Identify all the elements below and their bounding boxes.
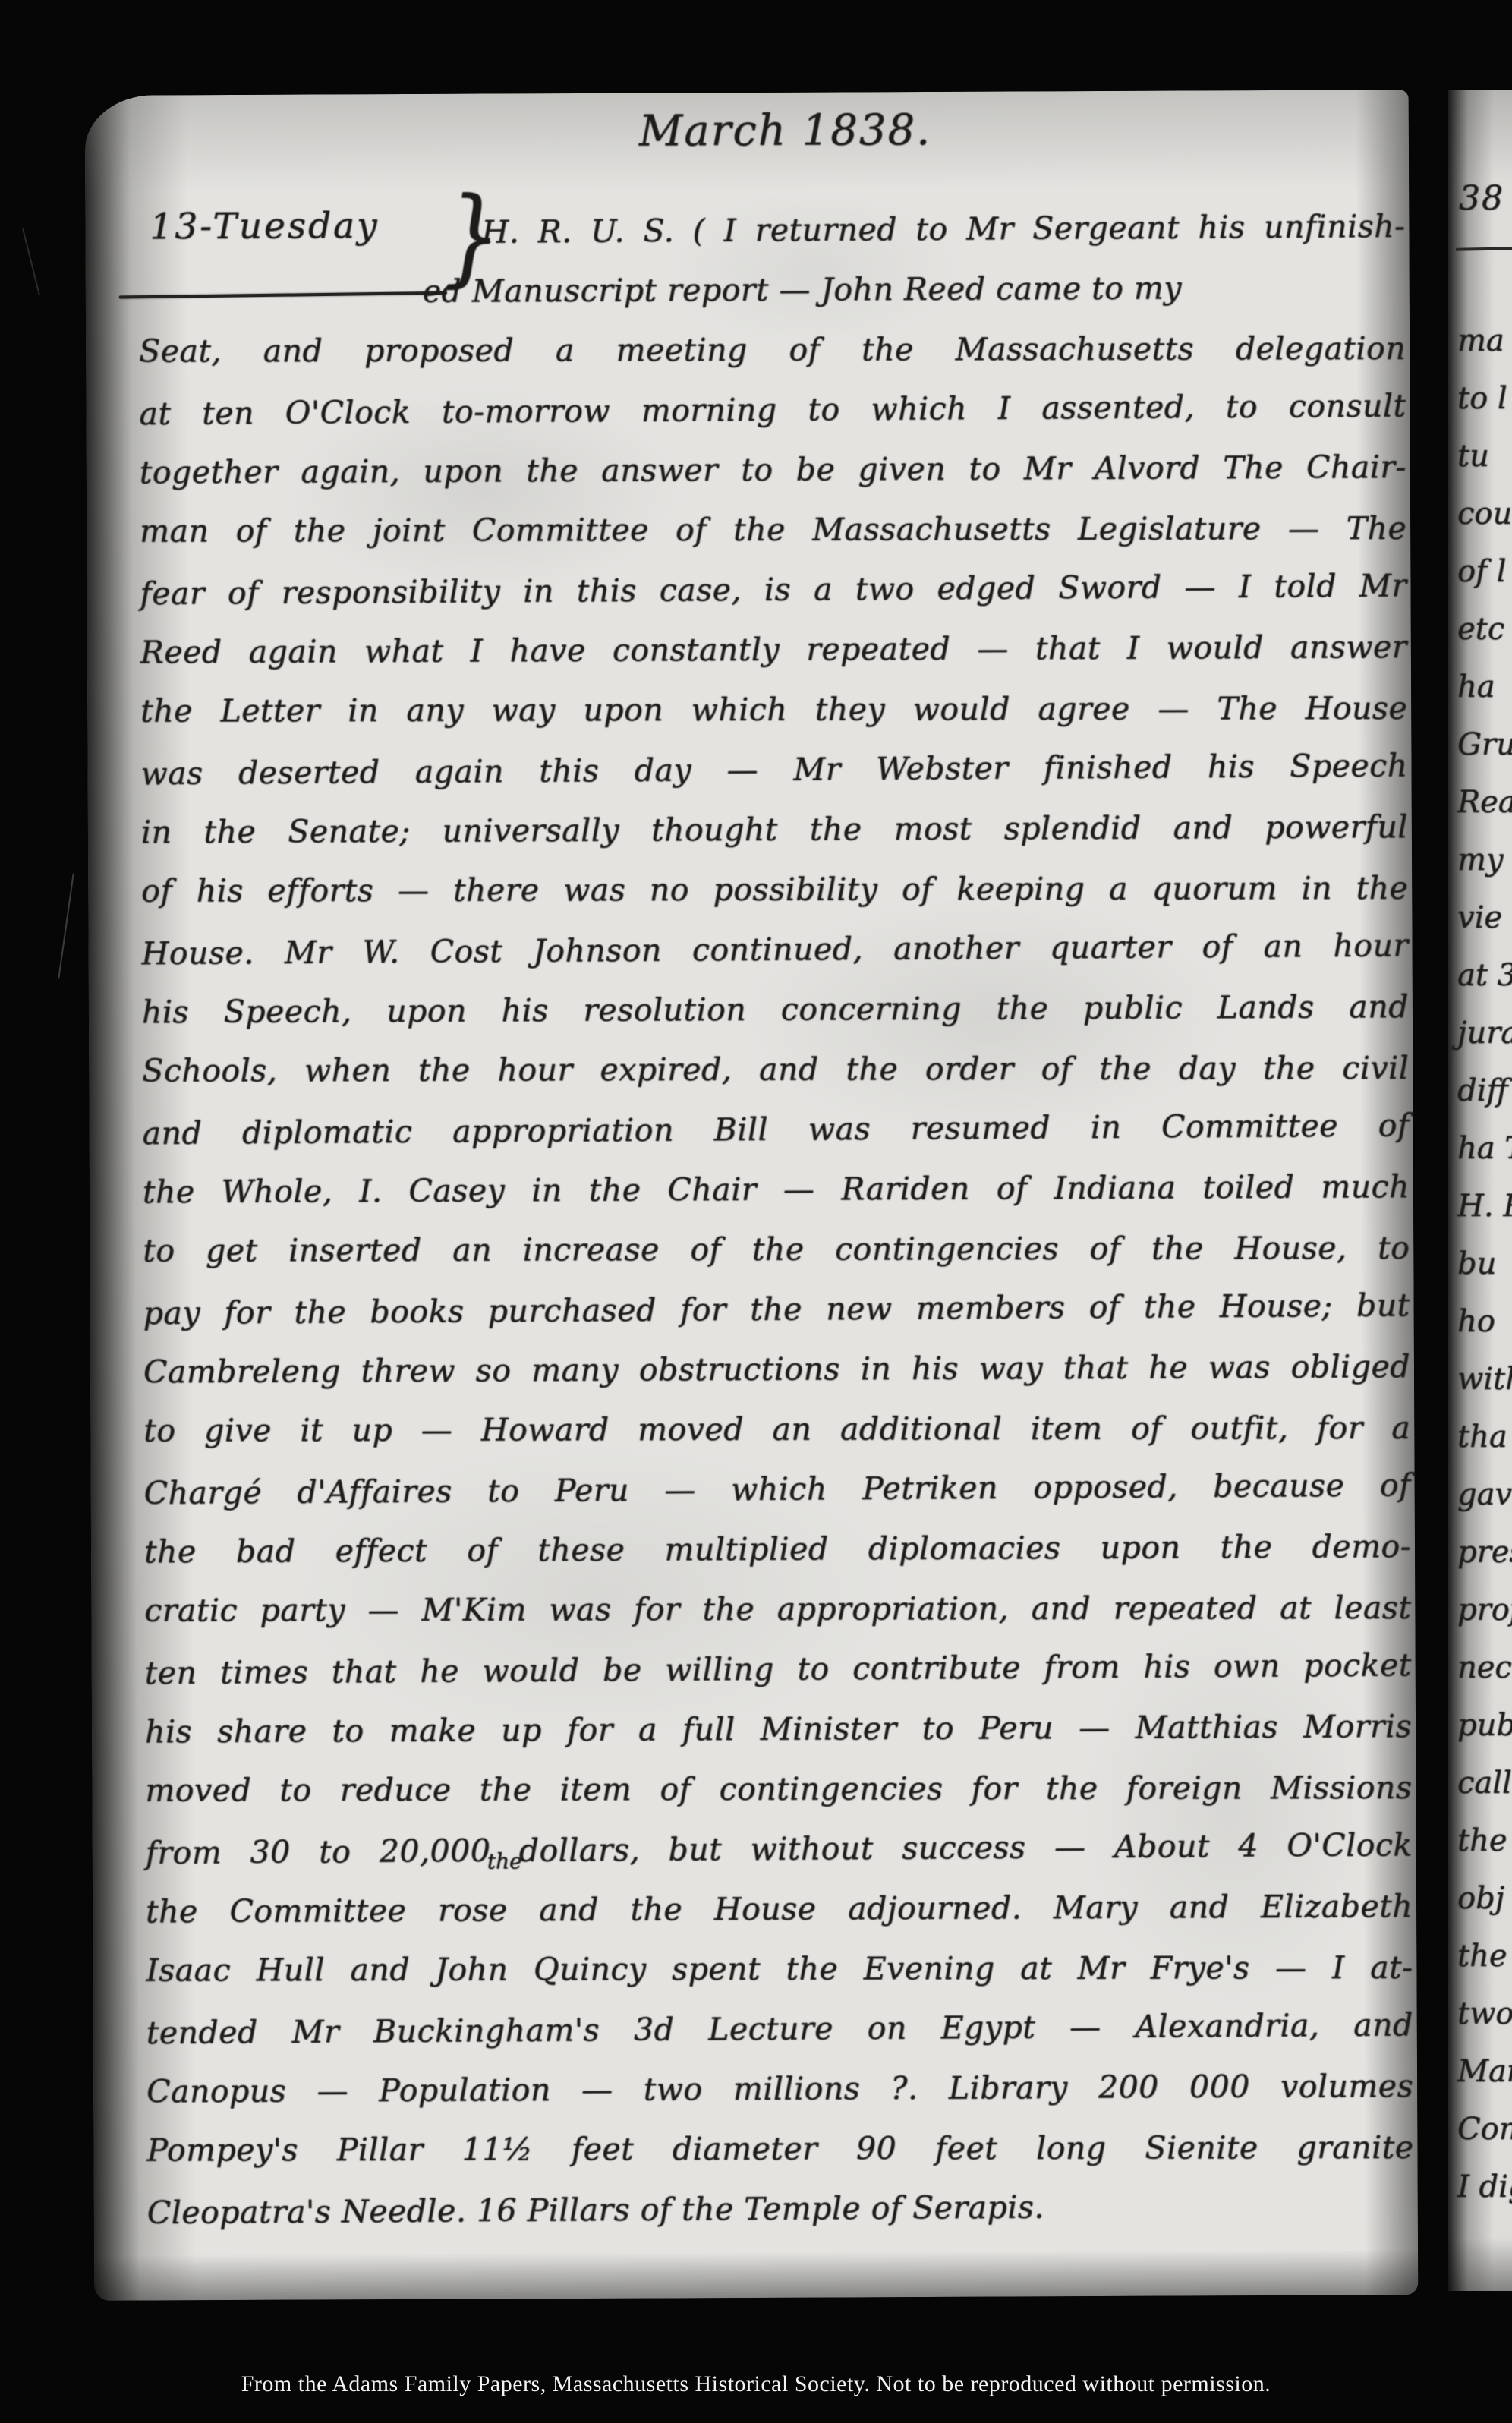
manuscript-line: man of the joint Committee of the Massac…	[140, 511, 1406, 550]
facing-page-line-fragment: obj	[1457, 1881, 1512, 1916]
manuscript-line: Chargé d'Affaires to Peru — which Petrik…	[144, 1467, 1411, 1511]
facing-page-sliver: 38 mato ltucouof letchaGruReamyvieat 3ju…	[1448, 90, 1512, 2291]
manuscript-line: his Speech, upon his resolution concerni…	[142, 989, 1409, 1030]
facing-page-line-fragment: my	[1457, 843, 1512, 878]
facing-page-line-fragment: prof	[1457, 1593, 1512, 1627]
manuscript-line: from 30 to 20,000 dollars, but without s…	[146, 1827, 1413, 1871]
manuscript-line: the Committee rose and the House adjourn…	[146, 1889, 1413, 1930]
manuscript-line: H. R. U. S. ( I returned to Mr Sergeant …	[481, 209, 1405, 250]
facing-page-line-fragment: gav	[1457, 1477, 1512, 1512]
month-year-heading: March 1838.	[639, 106, 931, 156]
manuscript-line: to give it up — Howard moved an addition…	[143, 1410, 1410, 1449]
manuscript-line: to get inserted an increase of the conti…	[143, 1230, 1410, 1269]
entry-date-label: 13-Tuesday	[150, 205, 379, 247]
facing-page-line-fragment: I dig	[1457, 2169, 1512, 2204]
interlinear-insertion: the	[487, 1848, 522, 1873]
facing-page-line-fragment: jura	[1457, 1016, 1512, 1051]
facing-page-line-fragment: nec	[1457, 1650, 1512, 1685]
manuscript-line: Seat, and proposed a meeting of the Mass…	[139, 331, 1406, 370]
manuscript-line: House. Mr W. Cost Johnson continued, ano…	[141, 928, 1408, 972]
facing-page-line-fragment: to l	[1457, 381, 1512, 416]
manuscript-line: Cambreleng threw so many obstructions in…	[143, 1349, 1410, 1390]
manuscript-line: in the Senate; universally thought the m…	[141, 809, 1408, 850]
manuscript-line: and diplomatic appropriation Bill was re…	[142, 1108, 1409, 1152]
facing-page-line-fragment: Mar	[1457, 2054, 1512, 2089]
facing-page-header-fragment: 38	[1459, 179, 1504, 218]
manuscript-line: tended Mr Buckingham's 3d Lecture on Egy…	[146, 2007, 1413, 2051]
manuscript-line: Pompey's Pillar 11½ feet diameter 90 fee…	[146, 2130, 1413, 2169]
manuscript-line: Cleopatra's Needle. 16 Pillars of the Te…	[147, 2187, 1414, 2231]
facing-page-line-fragment: the F	[1457, 1939, 1512, 1974]
facing-page-line-fragment: ha T	[1457, 1131, 1512, 1166]
facing-page-line-fragment: cou	[1457, 496, 1512, 531]
manuscript-line: together again, upon the answer to be gi…	[140, 449, 1406, 490]
manuscript-line: was deserted again this day — Mr Webster…	[140, 748, 1407, 792]
manuscript-line: the bad effect of these multiplied diplo…	[144, 1529, 1411, 1570]
facing-page-line-fragment: H. R	[1457, 1189, 1512, 1224]
facing-page-line-fragment: ma	[1457, 323, 1512, 358]
facing-page-line-fragment: tha	[1457, 1419, 1512, 1454]
manuscript-line: the Letter in any way upon which they wo…	[140, 691, 1407, 729]
manuscript-line: Schools, when the hour expired, and the …	[142, 1051, 1409, 1089]
facing-page-line-fragment: pres	[1457, 1535, 1512, 1570]
facing-page-line-fragment: with	[1457, 1362, 1512, 1397]
facing-page-line-fragment: ha	[1457, 670, 1512, 704]
manuscript-line: at ten O'Clock to-morrow morning to whic…	[139, 388, 1406, 432]
film-scratch	[58, 874, 74, 979]
manuscript-line: pay for the books purchased for the new …	[143, 1287, 1410, 1331]
facing-page-line-fragment: diff	[1457, 1073, 1512, 1108]
manuscript-line: Reed again what I have constantly repeat…	[140, 629, 1407, 670]
manuscript-text-block: H. R. U. S. ( I returned to Mr Sergeant …	[85, 90, 1409, 96]
facing-page-line-fragment: publ	[1457, 1708, 1512, 1743]
manuscript-line: his share to make up for a full Minister…	[145, 1709, 1412, 1750]
facing-page-line-fragment: Gru	[1457, 727, 1512, 762]
entry-date-underline	[119, 291, 447, 299]
facing-page-line-fragment: tu	[1457, 439, 1512, 474]
facing-page-line-fragment: call	[1457, 1766, 1512, 1801]
facing-page-line-fragment: of l	[1457, 554, 1512, 589]
manuscript-line: ed Manuscript report — John Reed came to…	[423, 271, 1182, 310]
diary-left-page: March 1838. 13-Tuesday } H. R. U. S. ( I…	[85, 90, 1419, 2301]
facing-page-line-fragment: Com	[1457, 2112, 1512, 2147]
facing-page-line-fragment: Rea	[1457, 785, 1512, 820]
manuscript-line: Canopus — Population — two millions ?. L…	[146, 2069, 1413, 2109]
facing-page-line-fragment: the l	[1457, 1823, 1512, 1858]
film-scan-background: March 1838. 13-Tuesday } H. R. U. S. ( I…	[0, 0, 1512, 2423]
facing-page-line-fragment: bu	[1457, 1246, 1512, 1281]
facing-page-underline-fragment	[1456, 247, 1512, 250]
facing-page-line-fragment: ho	[1457, 1304, 1512, 1339]
manuscript-line: Isaac Hull and John Quincy spent the Eve…	[146, 1950, 1413, 1989]
archive-caption: From the Adams Family Papers, Massachuse…	[0, 2371, 1512, 2397]
film-scratch	[22, 228, 40, 295]
manuscript-line: of his efforts — there was no possibilit…	[141, 871, 1408, 909]
facing-page-line-fragment: at 3	[1457, 958, 1512, 993]
manuscript-line: the Whole, I. Casey in the Chair — Rarid…	[143, 1169, 1410, 1210]
facing-page-line-fragment: vie	[1457, 900, 1512, 935]
manuscript-line: moved to reduce the item of contingencie…	[145, 1770, 1412, 1809]
facing-page-line-fragment: two	[1457, 1996, 1512, 2031]
manuscript-line: ten times that he would be willing to co…	[145, 1647, 1412, 1691]
facing-page-line-fragment: etc	[1457, 612, 1512, 647]
manuscript-line: fear of responsibility in this case, is …	[140, 568, 1406, 612]
manuscript-line: cratic party — M'Kim was for the appropr…	[144, 1590, 1411, 1629]
